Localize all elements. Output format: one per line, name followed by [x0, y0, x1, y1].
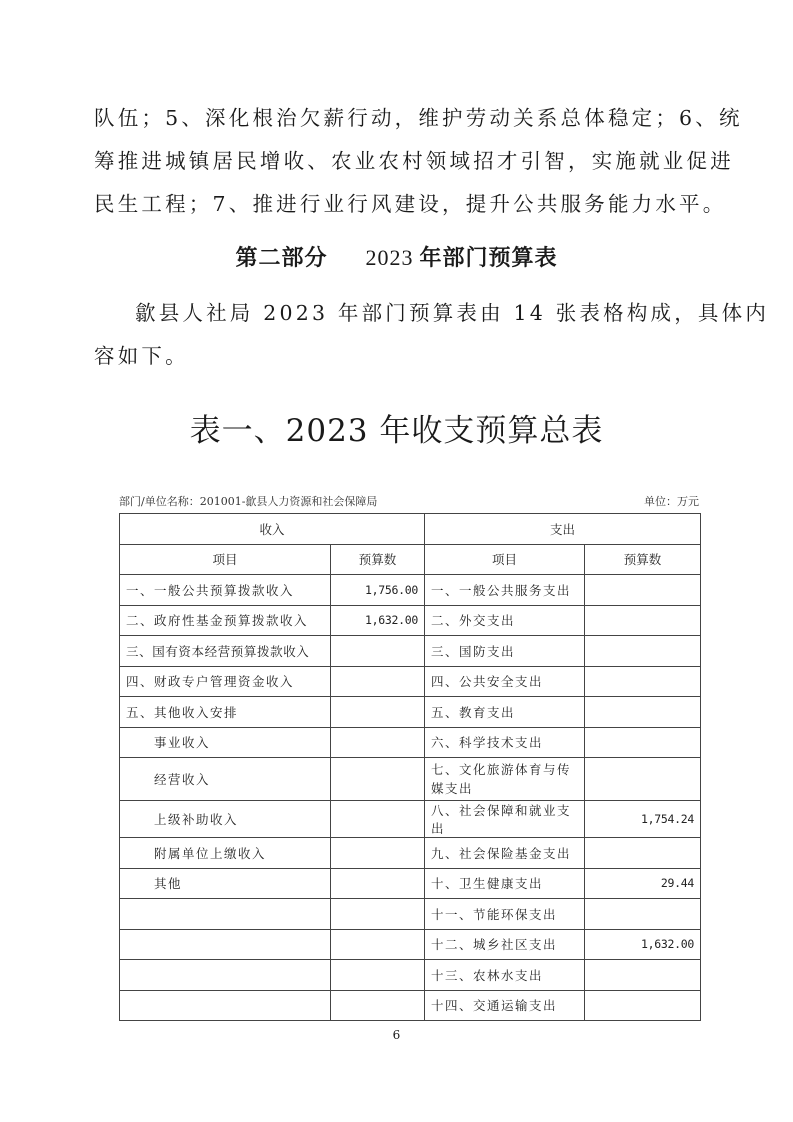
table-row: 十一、节能环保支出: [120, 899, 701, 930]
table-row: 二、政府性基金预算拨款收入 1,632.00 二、外交支出: [120, 605, 701, 636]
income-amount: [331, 636, 425, 667]
income-amount: [331, 801, 425, 838]
table-row: 经营收入 七、文化旅游体育与传媒支出: [120, 758, 701, 801]
table-row: 事业收入 六、科学技术支出: [120, 727, 701, 758]
income-item: [120, 990, 331, 1021]
expense-amount-header: 预算数: [585, 544, 701, 575]
expense-item: 三、国防支出: [425, 636, 585, 667]
table-meta: 部门/单位名称：201001-歙县人力资源和社会保障局 单位：万元: [119, 493, 699, 509]
intro-paragraph: 歙县人社局 2023 年部门预算表由 14 张表格构成，具体内 容如下。: [94, 292, 706, 378]
income-amount: [331, 960, 425, 991]
expense-amount: [585, 575, 701, 606]
expense-item: 五、教育支出: [425, 697, 585, 728]
table-row: 三、国有资本经营预算拨款收入 三、国防支出: [120, 636, 701, 667]
income-item: [120, 960, 331, 991]
income-amount: [331, 929, 425, 960]
income-amount: [331, 666, 425, 697]
expense-item: 六、科学技术支出: [425, 727, 585, 758]
income-amount: [331, 758, 425, 801]
income-item: 五、其他收入安排: [120, 697, 331, 728]
income-amount: [331, 899, 425, 930]
section-part-label: 第二部分: [235, 246, 327, 271]
income-item: [120, 929, 331, 960]
income-amount: [331, 697, 425, 728]
department-name: 部门/单位名称：201001-歙县人力资源和社会保障局: [119, 493, 377, 509]
income-item: 其他: [120, 868, 331, 899]
income-amount: 1,632.00: [331, 605, 425, 636]
expense-amount: 29.44: [585, 868, 701, 899]
expense-amount: [585, 960, 701, 991]
paragraph-line: 歙县人社局 2023 年部门预算表由 14 张表格构成，具体内: [94, 292, 706, 335]
income-item: 四、财政专户管理资金收入: [120, 666, 331, 697]
expense-amount: [585, 899, 701, 930]
table-title: 表一、2023 年收支预算总表: [0, 405, 793, 450]
table-row: 十二、城乡社区支出 1,632.00: [120, 929, 701, 960]
expense-amount: 1,754.24: [585, 801, 701, 838]
income-group-header: 收入: [120, 514, 425, 545]
section-year: 2023: [366, 245, 414, 270]
income-item: 三、国有资本经营预算拨款收入: [120, 636, 331, 667]
income-amount: [331, 990, 425, 1021]
income-item: 附属单位上缴收入: [120, 838, 331, 869]
income-amount: [331, 838, 425, 869]
income-amount: [331, 727, 425, 758]
income-item: [120, 899, 331, 930]
section-heading: 第二部分2023年部门预算表: [0, 241, 793, 272]
table-row: 四、财政专户管理资金收入 四、公共安全支出: [120, 666, 701, 697]
paragraph-line: 民生工程；7、推进行业行风建设，提升公共服务能力水平。: [94, 183, 706, 226]
expense-amount: [585, 636, 701, 667]
expense-amount: [585, 990, 701, 1021]
table-row: 其他 十、卫生健康支出 29.44: [120, 868, 701, 899]
expense-amount: [585, 727, 701, 758]
income-item: 二、政府性基金预算拨款收入: [120, 605, 331, 636]
paragraph-line: 队伍；5、深化根治欠薪行动，维护劳动关系总体稳定；6、统: [94, 97, 706, 140]
expense-item: 九、社会保险基金支出: [425, 838, 585, 869]
table-row: 一、一般公共预算拨款收入 1,756.00 一、一般公共服务支出: [120, 575, 701, 606]
paragraph-line: 容如下。: [94, 335, 706, 378]
group-header-row: 收入 支出: [120, 514, 701, 545]
income-amount: 1,756.00: [331, 575, 425, 606]
income-amount-header: 预算数: [331, 544, 425, 575]
income-item-header: 项目: [120, 544, 331, 575]
table-row: 附属单位上缴收入 九、社会保险基金支出: [120, 838, 701, 869]
expense-item: 八、社会保障和就业支出: [425, 801, 585, 838]
expense-item: 七、文化旅游体育与传媒支出: [425, 758, 585, 801]
expense-amount: 1,632.00: [585, 929, 701, 960]
income-item: 事业收入: [120, 727, 331, 758]
expense-amount: [585, 697, 701, 728]
expense-item: 十一、节能环保支出: [425, 899, 585, 930]
expense-item: 四、公共安全支出: [425, 666, 585, 697]
income-item: 一、一般公共预算拨款收入: [120, 575, 331, 606]
expense-item: 一、一般公共服务支出: [425, 575, 585, 606]
expense-item: 十二、城乡社区支出: [425, 929, 585, 960]
section-title-suffix: 年部门预算表: [420, 246, 558, 271]
expense-item: 二、外交支出: [425, 605, 585, 636]
table-row: 上级补助收入 八、社会保障和就业支出 1,754.24: [120, 801, 701, 838]
expense-item: 十四、交通运输支出: [425, 990, 585, 1021]
expense-item: 十、卫生健康支出: [425, 868, 585, 899]
expense-amount: [585, 758, 701, 801]
top-paragraph: 队伍；5、深化根治欠薪行动，维护劳动关系总体稳定；6、统 筹推进城镇居民增收、农…: [94, 97, 706, 226]
budget-summary-table: 收入 支出 项目 预算数 项目 预算数 一、一般公共预算拨款收入 1,756.0…: [119, 513, 701, 1021]
expense-amount: [585, 605, 701, 636]
expense-item: 十三、农林水支出: [425, 960, 585, 991]
paragraph-line: 筹推进城镇居民增收、农业农村领域招才引智，实施就业促进: [94, 140, 706, 183]
column-header-row: 项目 预算数 项目 预算数: [120, 544, 701, 575]
income-item: 上级补助收入: [120, 801, 331, 838]
income-amount: [331, 868, 425, 899]
income-item: 经营收入: [120, 758, 331, 801]
table-row: 五、其他收入安排 五、教育支出: [120, 697, 701, 728]
expense-group-header: 支出: [425, 514, 701, 545]
table-row: 十三、农林水支出: [120, 960, 701, 991]
page-number: 6: [0, 1028, 793, 1042]
expense-amount: [585, 838, 701, 869]
expense-item-header: 项目: [425, 544, 585, 575]
table-row: 十四、交通运输支出: [120, 990, 701, 1021]
unit-label: 单位：万元: [644, 493, 699, 509]
expense-amount: [585, 666, 701, 697]
